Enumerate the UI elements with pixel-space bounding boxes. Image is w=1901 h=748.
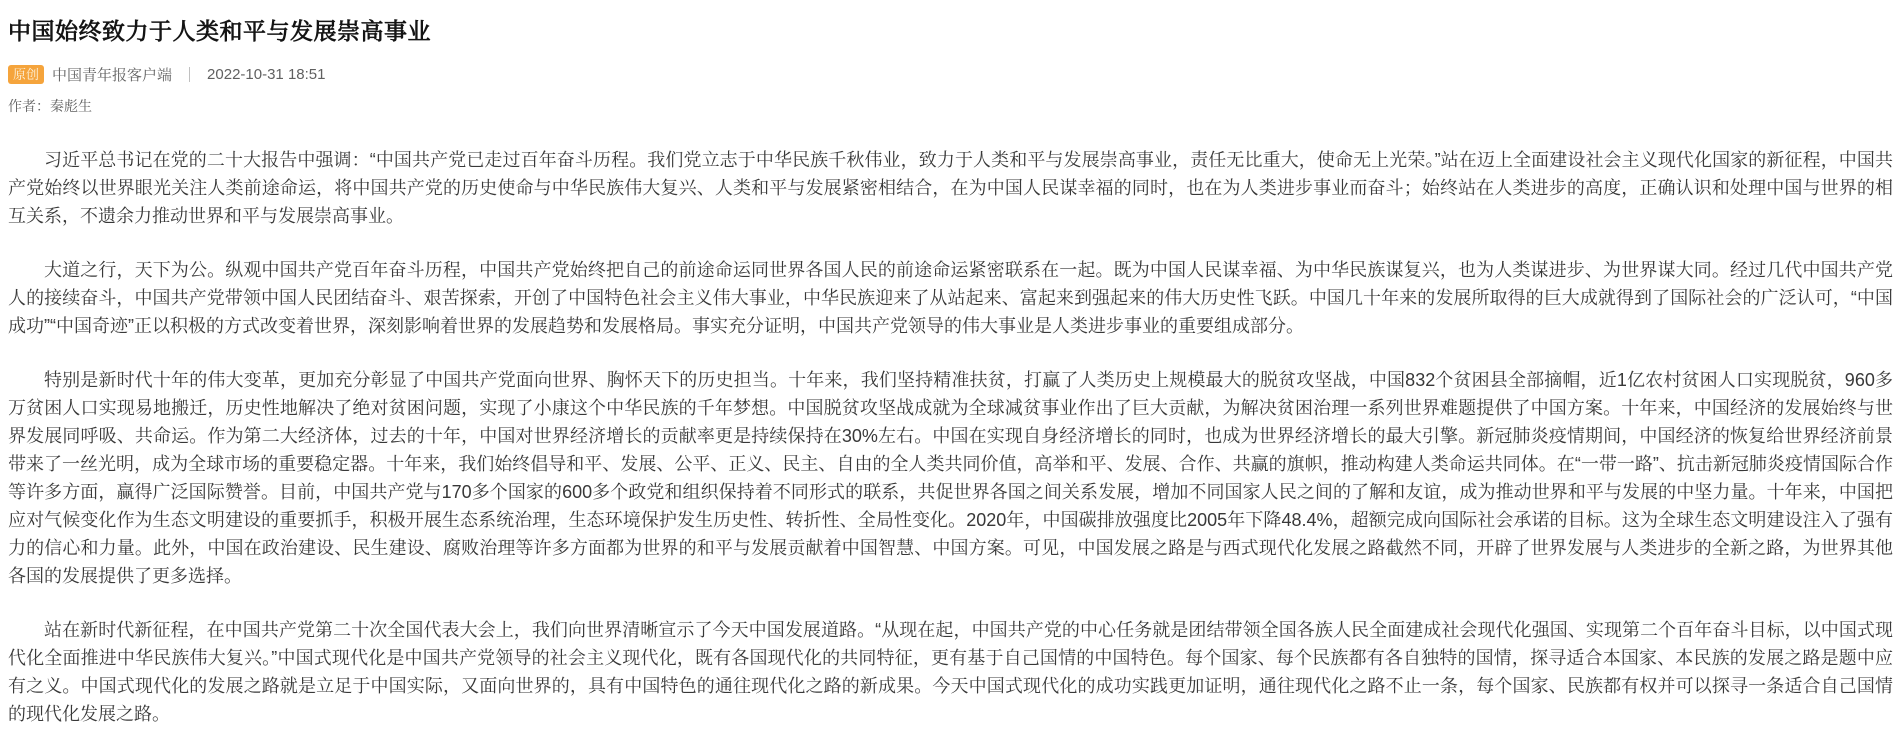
article-body: 习近平总书记在党的二十大报告中强调：“中国共产党已走过百年奋斗历程。我们党立志于…	[8, 146, 1893, 728]
article-title: 中国始终致力于人类和平与发展崇高事业	[8, 16, 1893, 46]
article-date: 2022-10-31 18:51	[207, 66, 325, 83]
article-page: 中国始终致力于人类和平与发展崇高事业 原创 中国青年报客户端 ｜ 2022-10…	[0, 0, 1901, 748]
meta-separator: ｜	[182, 64, 197, 85]
article-paragraph-1: 习近平总书记在党的二十大报告中强调：“中国共产党已走过百年奋斗历程。我们党立志于…	[8, 146, 1893, 230]
author-name: 秦彪生	[50, 98, 92, 114]
article-source: 中国青年报客户端	[52, 64, 172, 85]
original-badge: 原创	[8, 65, 44, 84]
article-meta: 原创 中国青年报客户端 ｜ 2022-10-31 18:51	[8, 64, 1893, 85]
article-paragraph-3: 特别是新时代十年的伟大变革，更加充分彰显了中国共产党面向世界、胸怀天下的历史担当…	[8, 366, 1893, 590]
article-paragraph-2: 大道之行，天下为公。纵观中国共产党百年奋斗历程，中国共产党始终把自己的前途命运同…	[8, 256, 1893, 340]
article-author-row: 作者：秦彪生	[8, 96, 1893, 116]
article-paragraph-4: 站在新时代新征程，在中国共产党第二十次全国代表大会上，我们向世界清晰宣示了今天中…	[8, 616, 1893, 728]
author-label: 作者：	[8, 98, 50, 114]
